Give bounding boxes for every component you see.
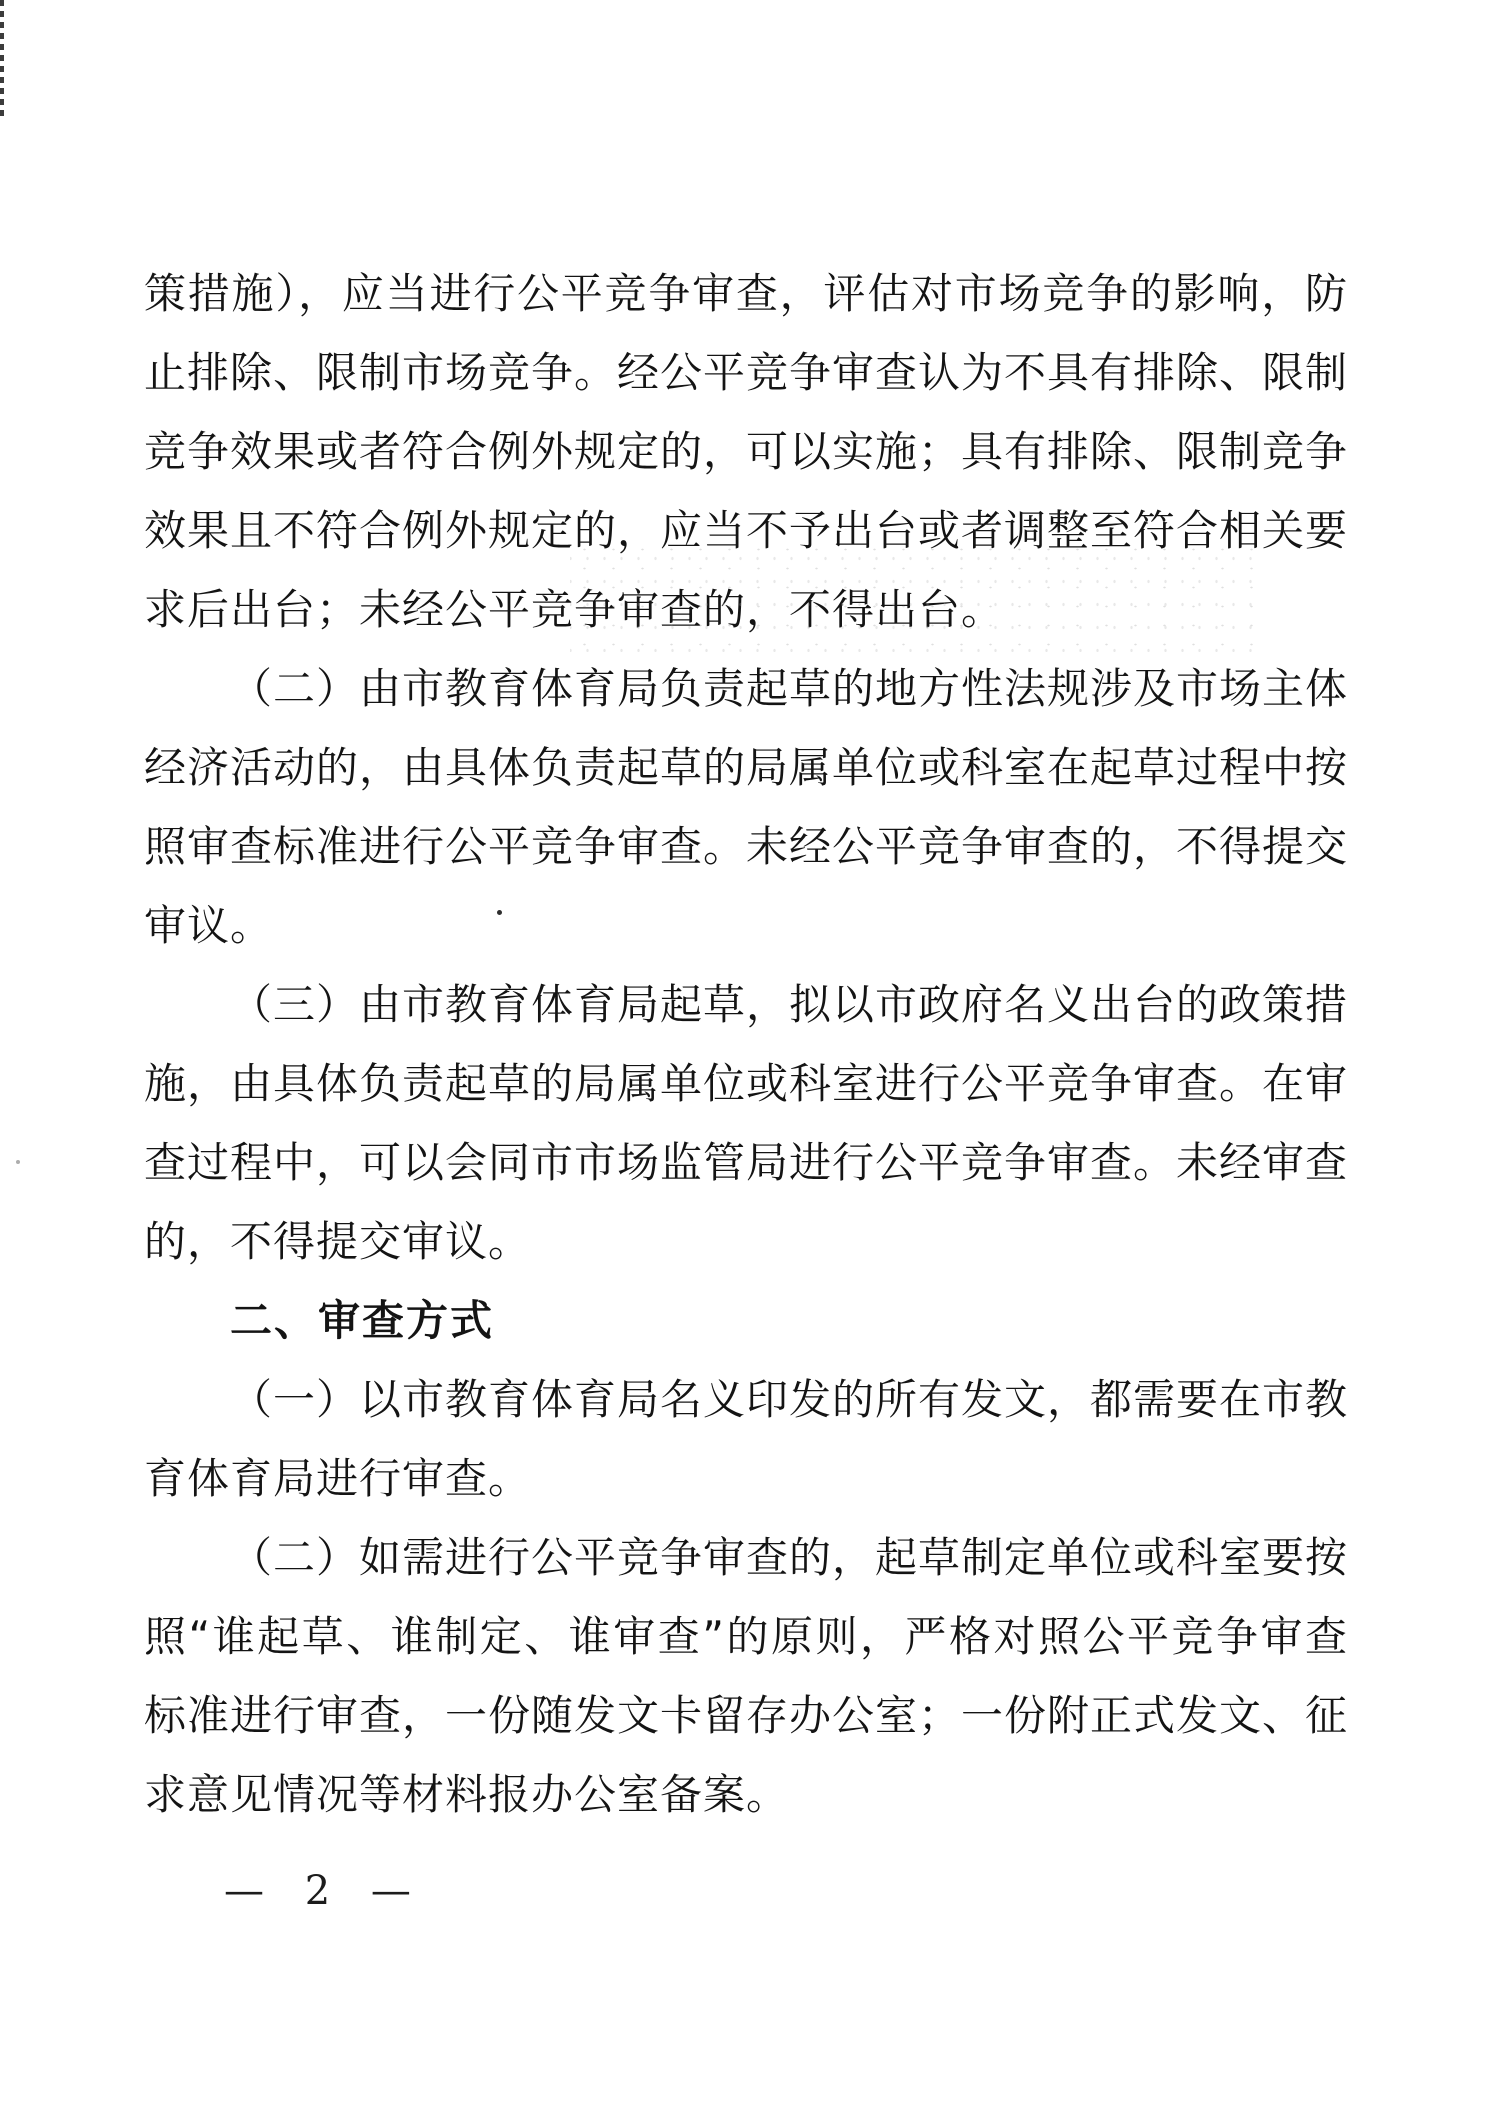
scan-speck-small [16, 1160, 20, 1164]
section-heading: 二、审查方式 [144, 1281, 1348, 1360]
paragraph-item-3: （三）由市教育体育局起草，拟以市政府名义出台的政策措施，由具体负责起草的局属单位… [144, 965, 1348, 1281]
scanned-document-page: 策措施），应当进行公平竞争审查，评估对市场竞争的影响，防止排除、限制市场竞争。经… [0, 0, 1488, 2105]
paragraph-continuation: 策措施），应当进行公平竞争审查，评估对市场竞争的影响，防止排除、限制市场竞争。经… [144, 254, 1348, 649]
scan-speck [497, 910, 502, 915]
document-body: 策措施），应当进行公平竞争审查，评估对市场竞争的影响，防止排除、限制市场竞争。经… [144, 254, 1348, 1834]
paragraph-method-1: （一）以市教育体育局名义印发的所有发文，都需要在市教育体育局进行审查。 [144, 1360, 1348, 1518]
paragraph-item-2: （二）由市教育体育局负责起草的地方性法规涉及市场主体经济活动的，由具体负责起草的… [144, 649, 1348, 965]
page-number: — 2 — [224, 1868, 425, 1914]
scan-artifact-left-edge [0, 0, 4, 118]
paragraph-method-2: （二）如需进行公平竞争审查的，起草制定单位或科室要按照“谁起草、谁制定、谁审查”… [144, 1518, 1348, 1834]
